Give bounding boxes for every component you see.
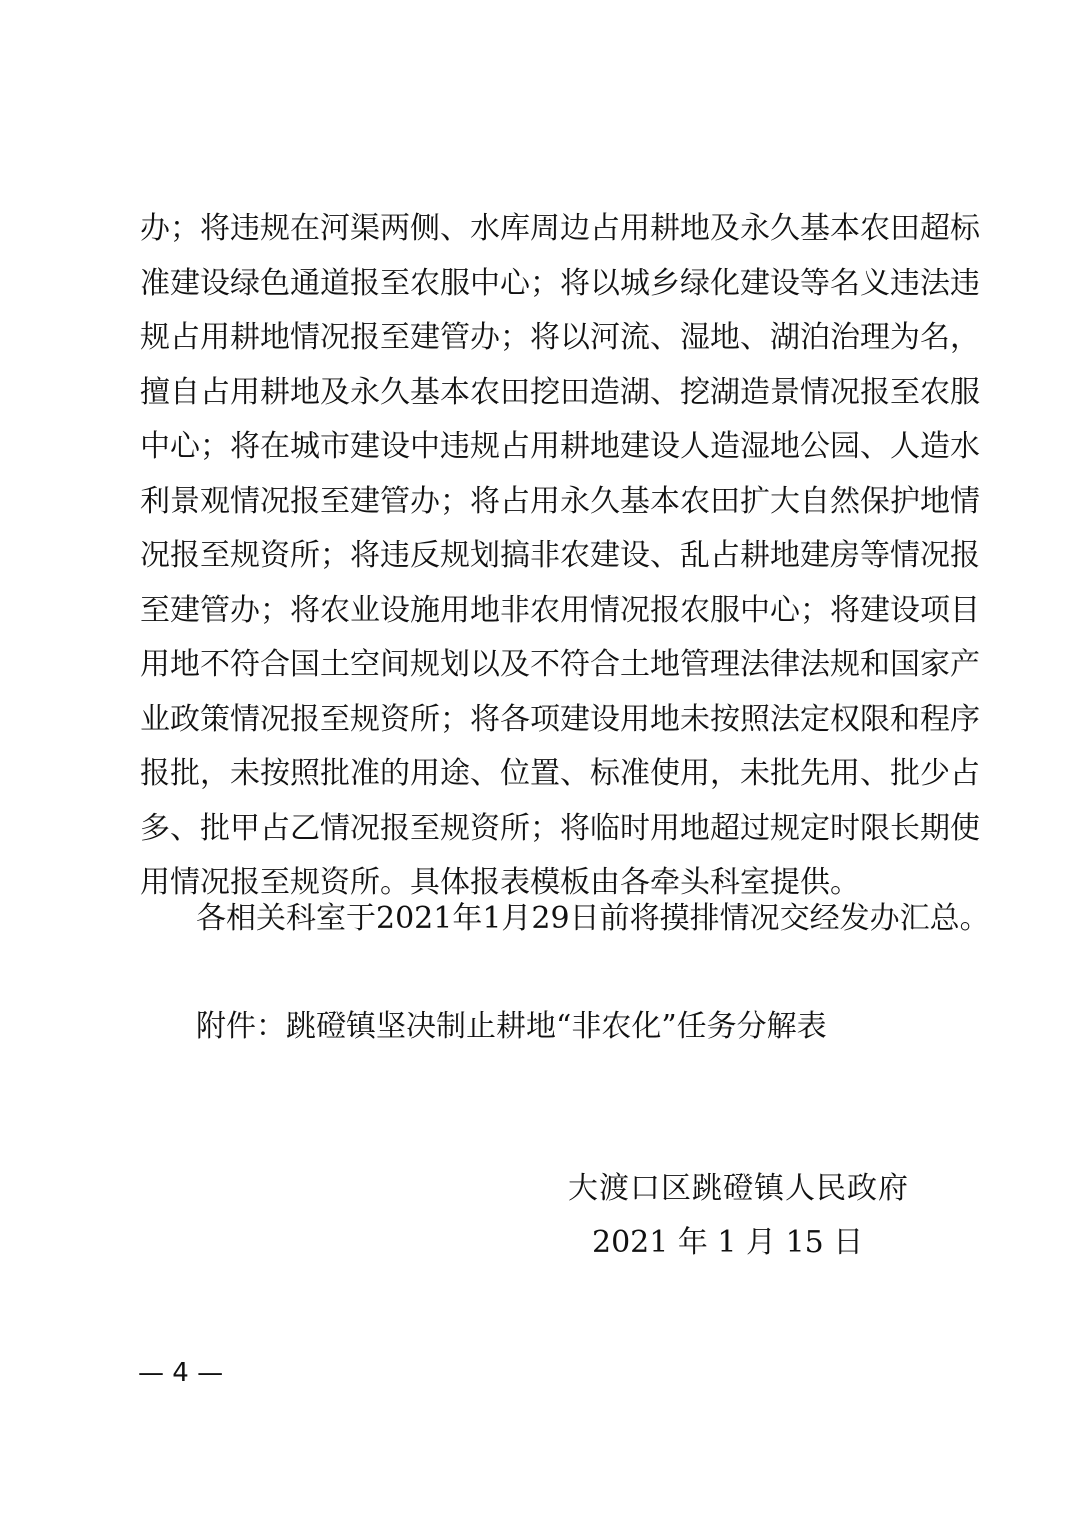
- body-line: 多、批甲占乙情况报至规资所；将临时用地超过规定时限长期使: [140, 802, 940, 857]
- body-line: 准建设绿色通道报至农服中心；将以城乡绿化建设等名义违法违: [140, 257, 940, 312]
- deadline-paragraph: 各相关科室于2021年1月29日前将摸排情况交经发办汇总。: [196, 892, 990, 946]
- body-line: 中心；将在城市建设中违规占用耕地建设人造湿地公园、人造水: [140, 420, 940, 475]
- signature-date: 2021 年 1 月 15 日: [592, 1216, 863, 1270]
- body-line: 擅自占用耕地及永久基本农田挖田造湖、挖湖造景情况报至农服: [140, 366, 940, 421]
- body-line: 业政策情况报至规资所；将各项建设用地未按照法定权限和程序: [140, 693, 940, 748]
- attachment-note: 附件：跳磴镇坚决制止耕地“非农化”任务分解表: [196, 1000, 827, 1054]
- body-line: 至建管办；将农业设施用地非农用情况报农服中心；将建设项目: [140, 584, 940, 639]
- document-page: 办；将违规在河渠两侧、水库周边占用耕地及永久基本农田超标 准建设绿色通道报至农服…: [0, 0, 1074, 1520]
- body-line: 报批，未按照批准的用途、位置、标准使用，未批先用、批少占: [140, 747, 940, 802]
- page-number: — 4 —: [138, 1353, 223, 1393]
- body-line: 况报至规资所；将违反规划搞非农建设、乱占耕地建房等情况报: [140, 529, 940, 584]
- signature-organization: 大渡口区跳磴镇人民政府: [568, 1162, 909, 1216]
- body-line: 利景观情况报至建管办；将占用永久基本农田扩大自然保护地情: [140, 475, 940, 530]
- body-line: 用地不符合国土空间规划以及不符合土地管理法律法规和国家产: [140, 638, 940, 693]
- body-line: 办；将违规在河渠两侧、水库周边占用耕地及永久基本农田超标: [140, 202, 940, 257]
- body-line: 规占用耕地情况报至建管办；将以河流、湿地、湖泊治理为名，: [140, 311, 940, 366]
- body-paragraph: 办；将违规在河渠两侧、水库周边占用耕地及永久基本农田超标 准建设绿色通道报至农服…: [140, 202, 940, 911]
